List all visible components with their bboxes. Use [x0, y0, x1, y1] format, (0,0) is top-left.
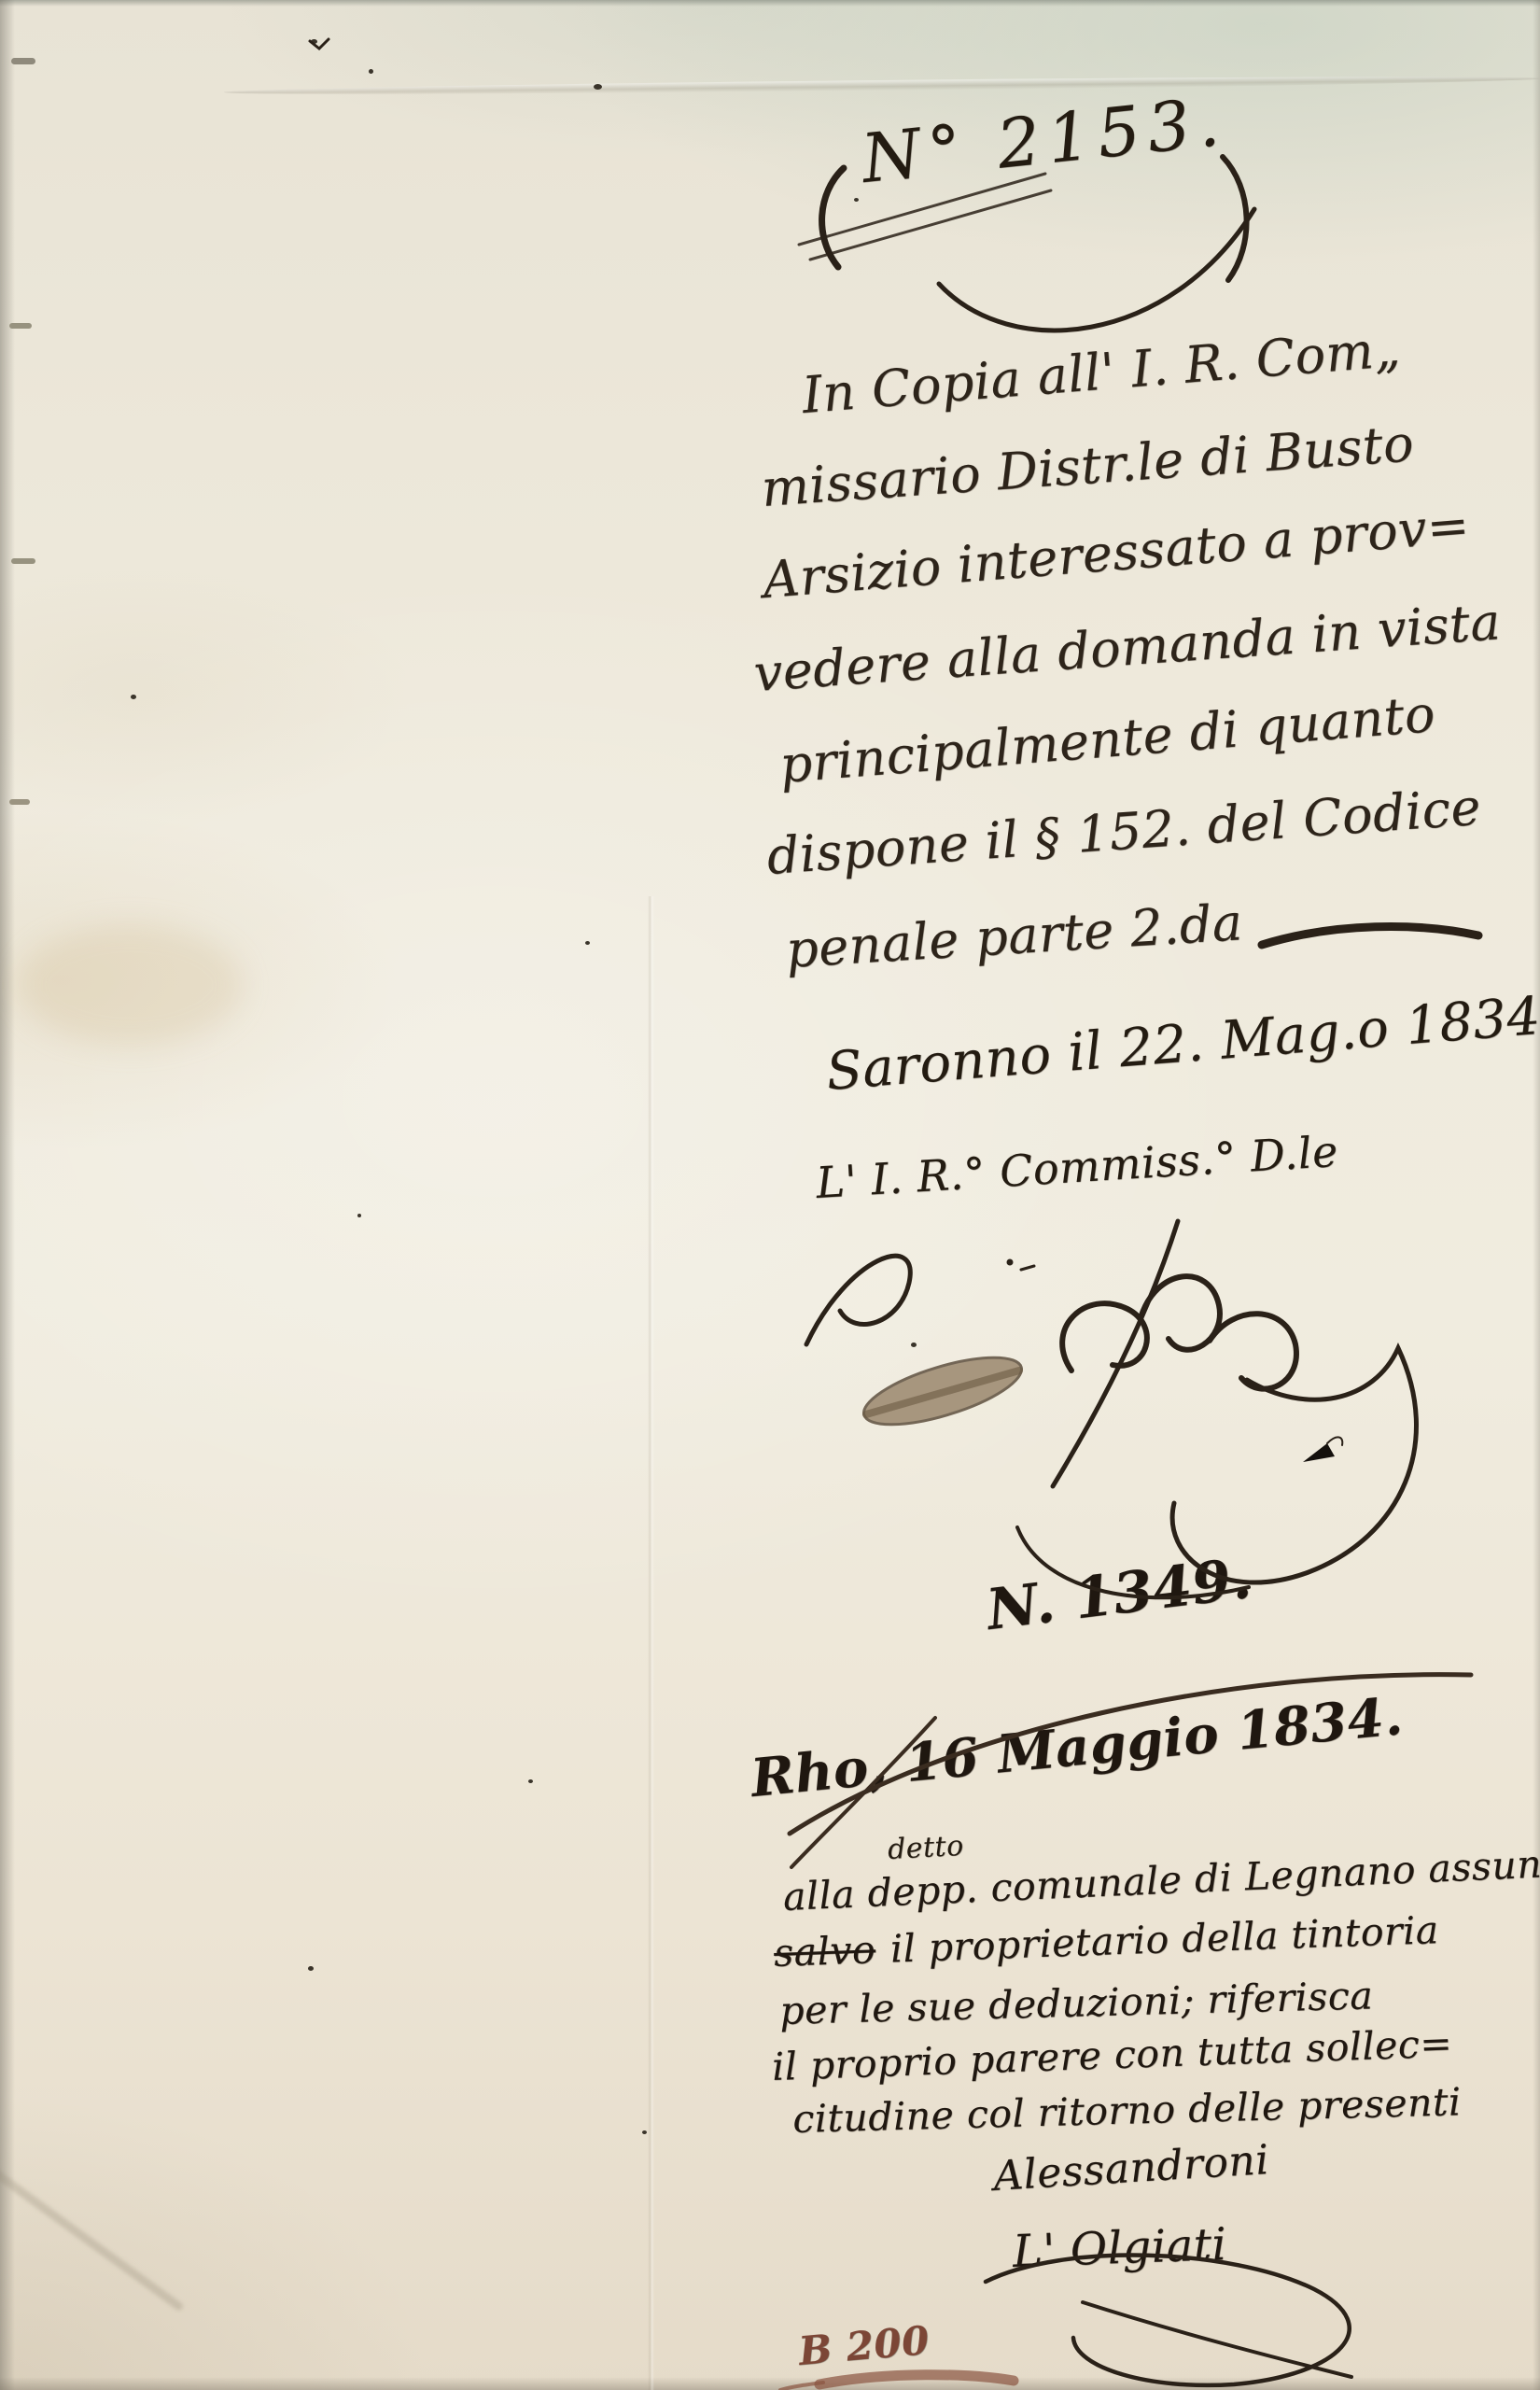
ink-speck [308, 1966, 314, 1971]
manuscript-line: Arsizio interessato a prov= [761, 496, 1472, 610]
scan-edge-mark [9, 799, 30, 805]
manuscript-line: principalmente di quanto [777, 684, 1437, 794]
ink-speck [911, 1343, 917, 1347]
manuscript-line: vedere alla domanda in vista [752, 592, 1503, 703]
paragraph-dash-flourish-icon [1262, 927, 1478, 945]
manuscript-line: In Copia all' I. R. Com„ [800, 319, 1403, 425]
scan-edge-mark [11, 558, 35, 564]
manuscript-line: il proprio parere con tutta sollec= [771, 2021, 1453, 2089]
docket-underline-stroke [819, 2375, 1014, 2384]
dateline: Saronno il 22. Mag.o 1834. [824, 985, 1540, 1103]
manuscript-line-rest: il proprietario della tintoria [889, 1907, 1439, 1971]
ink-speck [585, 941, 590, 945]
header-underline-flourish-icon [939, 209, 1254, 330]
header-right-paren-flourish-icon [1223, 157, 1247, 280]
registry-number-2: N. 1349. [983, 1546, 1254, 1643]
ink-speck [642, 2130, 647, 2134]
paper-stain [19, 924, 243, 1046]
interline-insertion: detto [887, 1830, 964, 1866]
paper-right-edge-shadow [1533, 0, 1540, 2390]
small-check-mark [310, 39, 329, 49]
signature-stroke [1053, 1221, 1178, 1486]
docket-underline-tail [780, 2383, 823, 2390]
place-date: Rho, 16 Maggio 1834. [749, 1685, 1406, 1809]
signature-name-1: Alessandroni [992, 2136, 1270, 2200]
struck-word: salvo [773, 1927, 876, 1975]
header-left-paren-flourish-icon [822, 168, 844, 267]
signature-stroke [1141, 1276, 1220, 1350]
ink-dash [1021, 1266, 1034, 1270]
signature-stroke [1062, 1303, 1147, 1371]
paper-top-edge-shadow [0, 0, 1540, 7]
paper-crease-top [224, 74, 1540, 98]
manuscript-line: salvoil proprietario della tintoria [773, 1907, 1439, 1975]
manuscript-line: penale parte 2.da [784, 893, 1244, 979]
paper-crease-bottom-left [0, 2162, 185, 2312]
ink-speck [369, 69, 373, 74]
signature-stroke [1083, 2302, 1351, 2377]
signer-title: L' I. R.° Commiss.° D.le [815, 1126, 1339, 1208]
docket-mark: B 200 [797, 2317, 931, 2374]
ink-speck [528, 1779, 533, 1783]
manuscript-line: dispone il § 152. del Codice [765, 778, 1483, 886]
ink-speck [311, 39, 317, 44]
ink-dot [1007, 1259, 1014, 1266]
signature-stroke [1210, 1314, 1296, 1388]
ink-smear [857, 1343, 1029, 1438]
ink-speck [594, 84, 602, 90]
manuscript-page: N° 2153. In Copia all' I. R. Com„ missar… [0, 0, 1540, 2390]
header-cross-stroke-icon [810, 190, 1051, 260]
commissioner-signature-flourish-icon [857, 1221, 1416, 1597]
signature-stroke [1172, 1348, 1416, 1582]
ink-speck [131, 695, 136, 699]
scan-edge-mark [9, 323, 32, 329]
ink-blot-mark [1303, 1443, 1335, 1462]
signature-name-2: L' Olgiati [1012, 2218, 1227, 2278]
ink-speck [854, 198, 859, 202]
registry-number: N° 2153. [858, 81, 1230, 198]
paper-bottom-edge-shadow [0, 2377, 1540, 2390]
signature-curl-flourish-icon [806, 1256, 910, 1344]
docket-underline-icon [780, 2375, 1014, 2390]
ink-speck [357, 1214, 361, 1217]
manuscript-line: per le sue deduzioni; riferisca [779, 1973, 1374, 2033]
paper-left-edge-shadow [0, 0, 15, 2390]
manuscript-line: missario Distr.le di Busto [760, 414, 1416, 518]
scan-edge-mark [11, 58, 35, 64]
manuscript-line: citudine col ritorno delle presenti [792, 2079, 1462, 2142]
ink-smear-streak [866, 1371, 1019, 1414]
paper-vertical-fold [648, 896, 654, 2390]
ink-blot-tail [1327, 1437, 1342, 1445]
